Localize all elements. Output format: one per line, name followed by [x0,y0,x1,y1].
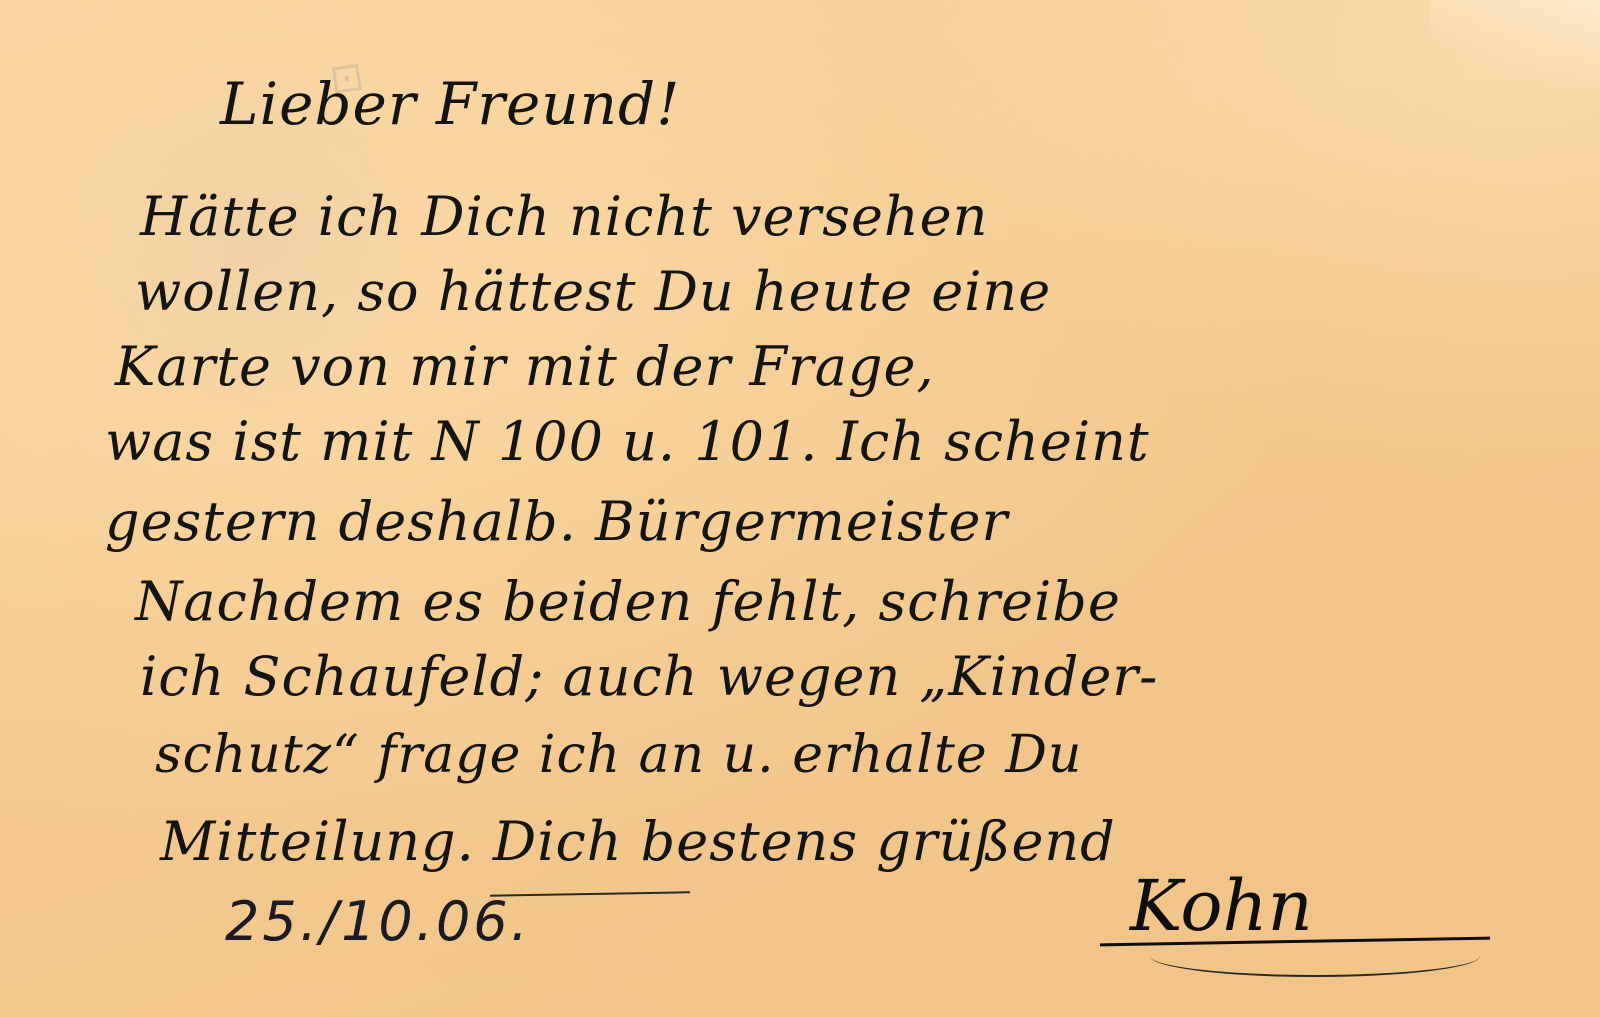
body-line-7: ich Schaufeld; auch wegen „Kinder- [140,645,1158,708]
body-line-2: wollen, so hättest Du heute eine [135,260,1051,323]
body-line-1: Hätte ich Dich nicht versehen [140,185,988,248]
postcard: ⊡ Lieber Freund! Hätte ich Dich nicht ve… [0,0,1600,1017]
date: 25./10.06. [225,890,531,953]
salutation: Lieber Freund! [220,70,680,138]
signature-swash [1150,935,1480,977]
body-line-3: Karte von mir mit der Frage, [115,335,935,398]
body-line-9: Mitteilung. Dich bestens grüßend [160,810,1116,873]
body-line-6: Nachdem es beiden fehlt, schreibe [135,570,1121,633]
body-line-8: schutz“ frage ich an u. erhalte Du [155,725,1082,785]
corner-fold [1430,0,1600,90]
body-line-4: was ist mit N 100 u. 101. Ich scheint [105,410,1150,473]
body-line-5: gestern deshalb. Bürgermeister [105,490,1008,553]
